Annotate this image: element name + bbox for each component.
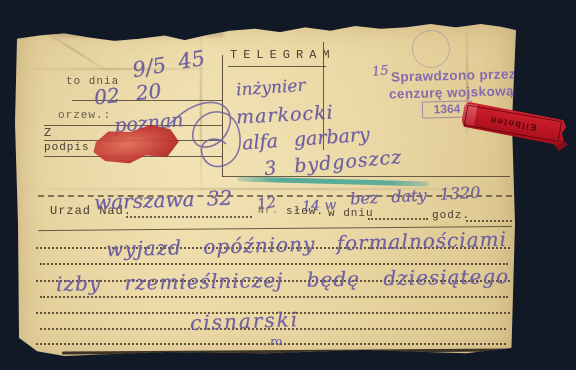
signature-label: podpis: [44, 142, 90, 154]
telegram-paper: to dnia orzew.: Z podpis 9/5 45 02 20 po…: [14, 22, 516, 358]
telegram-title-underline: [228, 66, 326, 67]
hour-label: godz.: [432, 210, 470, 222]
signature-flourish: [164, 96, 256, 182]
handwritten-date-time: bez daty 1320: [350, 183, 481, 209]
teal-highlight-stroke: [237, 176, 429, 186]
dotted-leader: [126, 216, 252, 218]
message-line: izby rzemieślniczej będę dziesiątego: [56, 264, 509, 296]
message-line: wyjazd opóźniony formalnościami: [106, 227, 507, 261]
scanned-telegram-photo: to dnia orzew.: Z podpis 9/5 45 02 20 po…: [0, 0, 576, 370]
round-censor-mark: [412, 30, 450, 68]
message-dotted-line: [40, 296, 508, 298]
censor-stamp-line2: cenzurę wojskową: [389, 83, 514, 101]
censor-stamp-line1: Sprawdzono przez: [391, 66, 516, 84]
message-signature: cisnarski: [190, 307, 300, 335]
handwritten-office: warszawa 32: [94, 186, 233, 215]
telegram-title: TELEGRAM: [230, 48, 336, 62]
forwarding-label: orzew.:: [58, 110, 111, 122]
handwritten-number: 12: [256, 193, 277, 213]
censor-margin-number: 15: [371, 63, 389, 80]
dotted-leader: [368, 218, 428, 220]
handwritten-mark: ro: [270, 335, 282, 348]
faded-print-smudge: [54, 28, 224, 37]
dotted-leader: [466, 220, 512, 222]
bottom-fold-line: [62, 348, 510, 354]
handwritten-word-count: 14 w: [302, 197, 337, 215]
from-label: Z: [44, 126, 52, 140]
express-label-text: Eilboten: [489, 114, 538, 132]
handwritten-date: 9/5 45: [130, 46, 206, 82]
